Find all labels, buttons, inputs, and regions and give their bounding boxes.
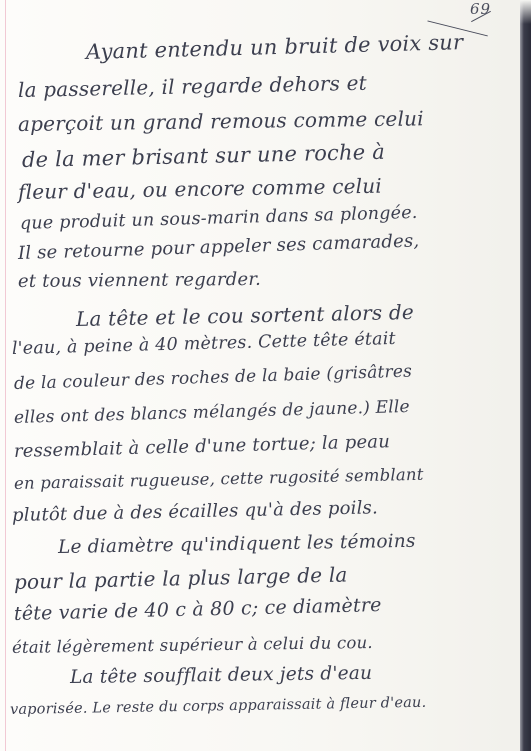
manuscript-page: 69 Ayant entendu un bruit de voix sur la… — [0, 0, 531, 751]
manuscript-line: et tous viennent regarder. — [18, 266, 261, 296]
page-binding-corner — [520, 0, 531, 24]
manuscript-line: elles ont des blancs mélangés de jaune.)… — [14, 393, 411, 432]
manuscript-line: l'eau, à peine à 40 mètres. Cette tête é… — [12, 325, 397, 363]
manuscript-line: La tête soufflait deux jets d'eau — [70, 660, 373, 692]
manuscript-line: tête varie de 40 c à 80 c; ce diamètre — [14, 591, 382, 628]
manuscript-line: Le diamètre qu'indiquent les témoins — [58, 528, 416, 562]
manuscript-line: en paraissait rugueuse, cette rugosité s… — [14, 461, 424, 498]
manuscript-line: de la couleur des roches de la baie (gri… — [14, 357, 413, 397]
manuscript-line: aperçoit un grand remous comme celui — [18, 104, 424, 138]
manuscript-line: la passerelle, il regarde dehors et — [18, 69, 367, 104]
manuscript-line: ressemblait à celle d'une tortue; la pea… — [14, 428, 391, 466]
page-number: 69 — [470, 0, 491, 18]
manuscript-line: vaporisée. Le reste du corps apparaissai… — [10, 689, 427, 724]
manuscript-line: plutôt due à des écailles qu'à des poils… — [12, 494, 379, 530]
manuscript-line: Ayant entendu un bruit de voix sur — [86, 28, 464, 66]
manuscript-line: était légèrement supérieur à celui du co… — [12, 629, 373, 662]
page-binding-edge — [520, 0, 531, 751]
manuscript-line: pour la partie la plus large de la — [14, 560, 348, 596]
manuscript-line: de la mer brisant sur une roche à — [22, 138, 386, 174]
margin-line — [5, 0, 6, 751]
